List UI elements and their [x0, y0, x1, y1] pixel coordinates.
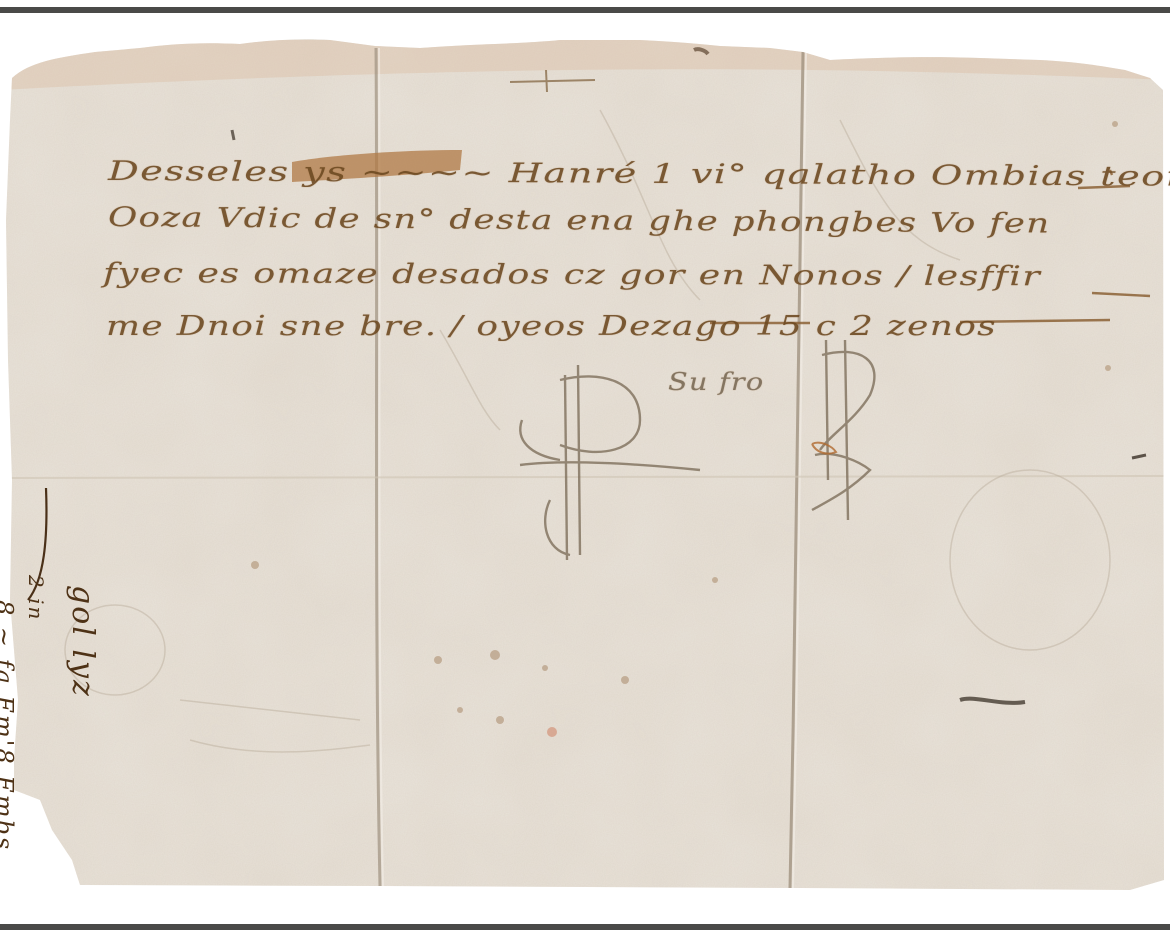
manuscript-line-2: Ooza Vdic de sn° desta ena ghe phongbes …	[108, 202, 1051, 240]
margin-note-line-1: 8 ~ fa Em'8 Embs	[0, 600, 18, 851]
manuscript-line-4: me Dnoi sne bre. / oyeos Dezago 15 c 2 z…	[106, 311, 997, 342]
manuscript-line-3: fyec es omaze desados cz gor en Nonos / …	[103, 258, 1041, 292]
manuscript-line-1: Desseles ys ~~~~ Hanré 1 vi° qalatho Omb…	[108, 156, 1170, 193]
signature-text: Su fro	[668, 368, 764, 396]
manuscript-photo: Desseles ys ~~~~ Hanré 1 vi° qalatho Omb…	[0, 0, 1170, 936]
paper-sheet	[0, 0, 1170, 936]
margin-note-line-3: gol lyz	[65, 585, 100, 698]
bottom-frame-rule	[0, 924, 1170, 930]
margin-note-line-2: 2 in	[24, 575, 48, 621]
